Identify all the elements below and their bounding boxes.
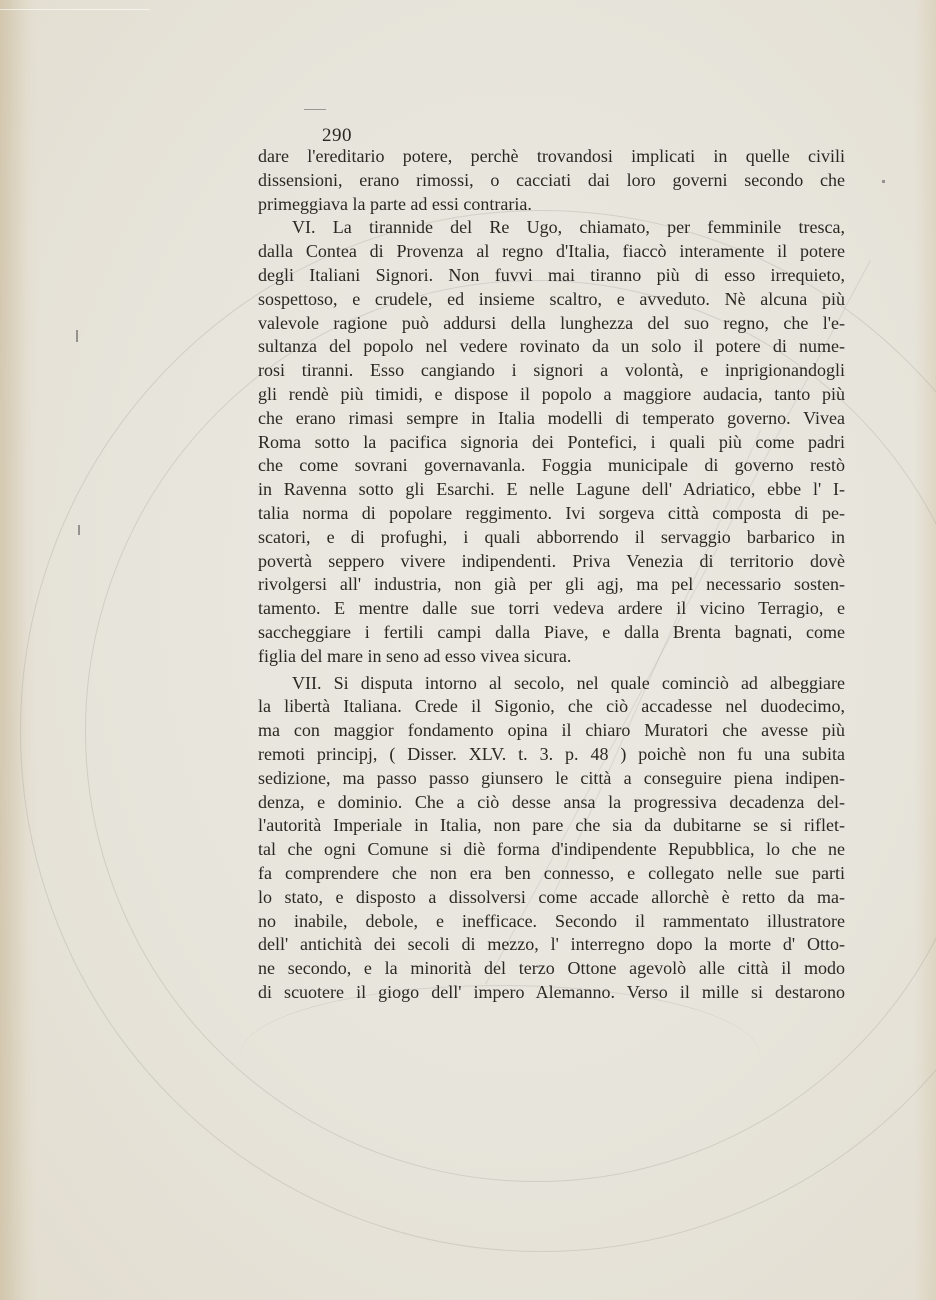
text-line: la libertà Italiana. Crede il Sigonio, c…	[258, 695, 845, 719]
section-heading-line: VII. Si disputa intorno al secolo, nel q…	[258, 672, 845, 696]
text-line: rivolgersi all' industria, non già per g…	[258, 573, 845, 597]
text-line: tamento. E mentre dalle sue torri vedeva…	[258, 597, 845, 621]
text-line: sultanza del popolo nel vedere rovinato …	[258, 335, 845, 359]
section-heading-line: VI. La tirannide del Re Ugo, chiamato, p…	[258, 216, 845, 240]
paragraph-section-vii: VII. Si disputa intorno al secolo, nel q…	[258, 672, 845, 1005]
margin-mark	[76, 330, 78, 342]
speck-mark	[882, 180, 885, 183]
body-text: dare l'ereditario potere, perchè trovand…	[258, 145, 845, 1005]
text-line: che erano rimasi sempre in Italia modell…	[258, 407, 845, 431]
margin-mark	[78, 525, 80, 535]
page-number: 290	[322, 125, 352, 147]
text-line: di scuotere il giogo dell' impero Aleman…	[258, 981, 845, 1005]
text-line: Roma sotto la pacifica signoria dei Pont…	[258, 431, 845, 455]
text-line: tal che ogni Comune si diè forma d'indip…	[258, 838, 845, 862]
text-line: in Ravenna sotto gli Esarchi. E nelle La…	[258, 478, 845, 502]
text-line: l'autorità Imperiale in Italia, non pare…	[258, 814, 845, 838]
text-line: sospettoso, e crudele, ed insieme scaltr…	[258, 288, 845, 312]
text-line: lo stato, e disposto a dissolversi come …	[258, 886, 845, 910]
paragraph-continuation: dare l'ereditario potere, perchè trovand…	[258, 145, 845, 216]
text-line: ne secondo, e la minorità del terzo Otto…	[258, 957, 845, 981]
paragraph-section-vi: VI. La tirannide del Re Ugo, chiamato, p…	[258, 216, 845, 668]
text-line: dalla Contea di Provenza al regno d'Ital…	[258, 240, 845, 264]
watermark-arc	[240, 985, 760, 1126]
text-line: valevole ragione può addursi della lungh…	[258, 312, 845, 336]
text-line: saccheggiare i fertili campi dalla Piave…	[258, 621, 845, 645]
pencil-dash-mark	[304, 109, 326, 110]
text-line: scatori, e di profughi, i quali abborren…	[258, 526, 845, 550]
text-line: dell' antichità dei secoli di mezzo, l' …	[258, 933, 845, 957]
right-edge-stain	[914, 0, 936, 1300]
text-line: sedizione, ma passo passo giunsero le ci…	[258, 767, 845, 791]
text-line: povertà seppero vivere indipendenti. Pri…	[258, 550, 845, 574]
text-line: dissensioni, erano rimossi, o cacciati d…	[258, 169, 845, 193]
text-line: dare l'ereditario potere, perchè trovand…	[258, 145, 845, 169]
text-line: no inabile, debole, e inefficace. Second…	[258, 910, 845, 934]
text-line: primeggiava la parte ad essi contraria.	[258, 193, 845, 217]
book-page: 290 dare l'ereditario potere, perchè tro…	[0, 0, 936, 1300]
text-line: denza, e dominio. Che a ciò desse ansa l…	[258, 791, 845, 815]
left-edge-stain	[0, 0, 38, 1300]
text-line: talia norma di popolare reggimento. Ivi …	[258, 502, 845, 526]
text-line: fa comprendere che non era ben connesso,…	[258, 862, 845, 886]
text-line: figlia del mare in seno ad esso vivea si…	[258, 645, 845, 669]
text-line: ma con maggior fondamento opina il chiar…	[258, 719, 845, 743]
text-line: degli Italiani Signori. Non fuvvi mai ti…	[258, 264, 845, 288]
page-edge-line	[0, 9, 150, 10]
text-line: remoti principj, ( Disser. XLV. t. 3. p.…	[258, 743, 845, 767]
text-line: rosi tiranni. Esso cangiando i signori a…	[258, 359, 845, 383]
text-line: gli rendè più timidi, e dispose il popol…	[258, 383, 845, 407]
text-line: che come sovrani governavanla. Foggia mu…	[258, 454, 845, 478]
